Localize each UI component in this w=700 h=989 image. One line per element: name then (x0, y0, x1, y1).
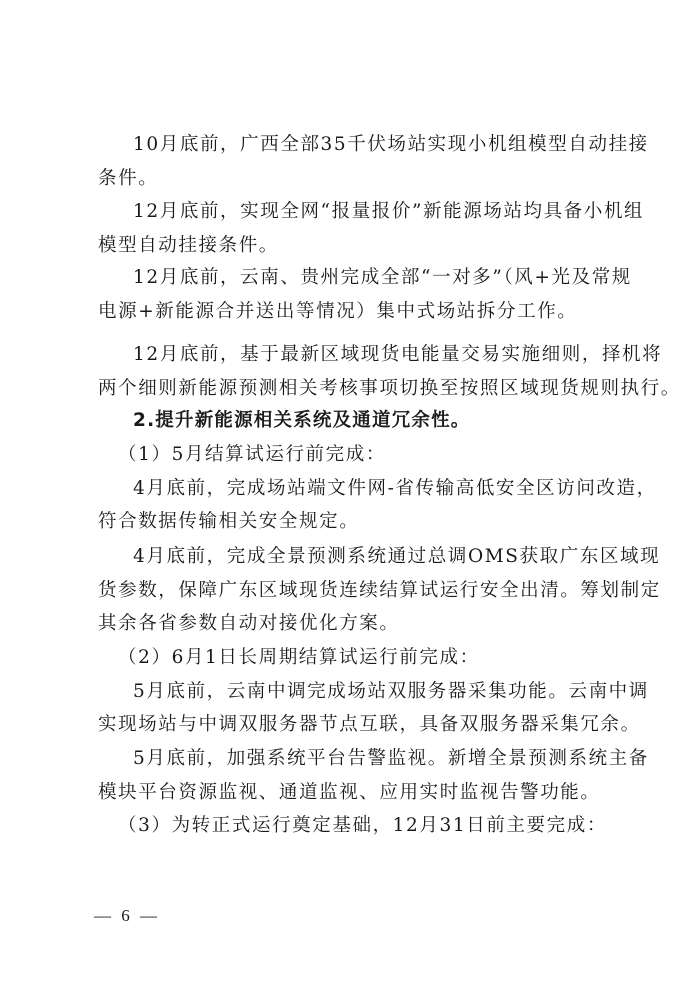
paragraph-line: 符合数据传输相关安全规定。 (98, 510, 614, 534)
paragraph-line: 5月底前，加强系统平台告警监视。新增全景预测系统主备 (133, 747, 614, 771)
subsection-heading: （3）为转正式运行奠定基础，12月31日前主要完成： (118, 814, 634, 838)
paragraph-line: 其余各省参数自动对接优化方案。 (98, 612, 614, 636)
paragraph-line: 5月底前，云南中调完成场站双服务器采集功能。云南中调 (133, 680, 614, 704)
paragraph-line: 模型自动挂接条件。 (98, 234, 614, 258)
paragraph-line: 12月底前，云南、贵州完成全部“一对多”（风+光及常规 (133, 266, 614, 290)
paragraph-line: 12月底前，基于最新区域现货电能量交易实施细则，择机将 (133, 343, 614, 367)
page-number: — 6 — (94, 906, 160, 926)
paragraph-line: 条件。 (98, 167, 614, 191)
paragraph-line: 电源+新能源合并送出等情况）集中式场站拆分工作。 (98, 300, 614, 324)
paragraph-line: 两个细则新能源预测相关考核事项切换至按照区域现货规则执行。 (98, 377, 614, 401)
subsection-heading: （1）5月结算试运行前完成： (118, 443, 634, 467)
section-heading: 2.提升新能源相关系统及通道冗余性。 (133, 409, 614, 433)
paragraph-line: 12月底前，实现全网“报量报价”新能源场站均具备小机组 (133, 200, 614, 224)
paragraph-line: 4月底前，完成场站端文件网-省传输高低安全区访问改造， (133, 477, 614, 501)
paragraph-line: 10月底前，广西全部35千伏场站实现小机组模型自动挂接 (133, 133, 614, 157)
subsection-heading: （2）6月1日长周期结算试运行前完成： (118, 646, 634, 670)
document-page: 10月底前，广西全部35千伏场站实现小机组模型自动挂接条件。12月底前，实现全网… (0, 0, 700, 989)
paragraph-line: 模块平台资源监视、通道监视、应用实时监视告警功能。 (98, 781, 614, 805)
paragraph-line: 4月底前，完成全景预测系统通过总调OMS获取广东区域现 (133, 545, 614, 569)
paragraph-line: 货参数，保障广东区域现货连续结算试运行安全出清。筹划制定 (98, 579, 614, 603)
paragraph-line: 实现场站与中调双服务器节点互联，具备双服务器采集冗余。 (98, 713, 614, 737)
